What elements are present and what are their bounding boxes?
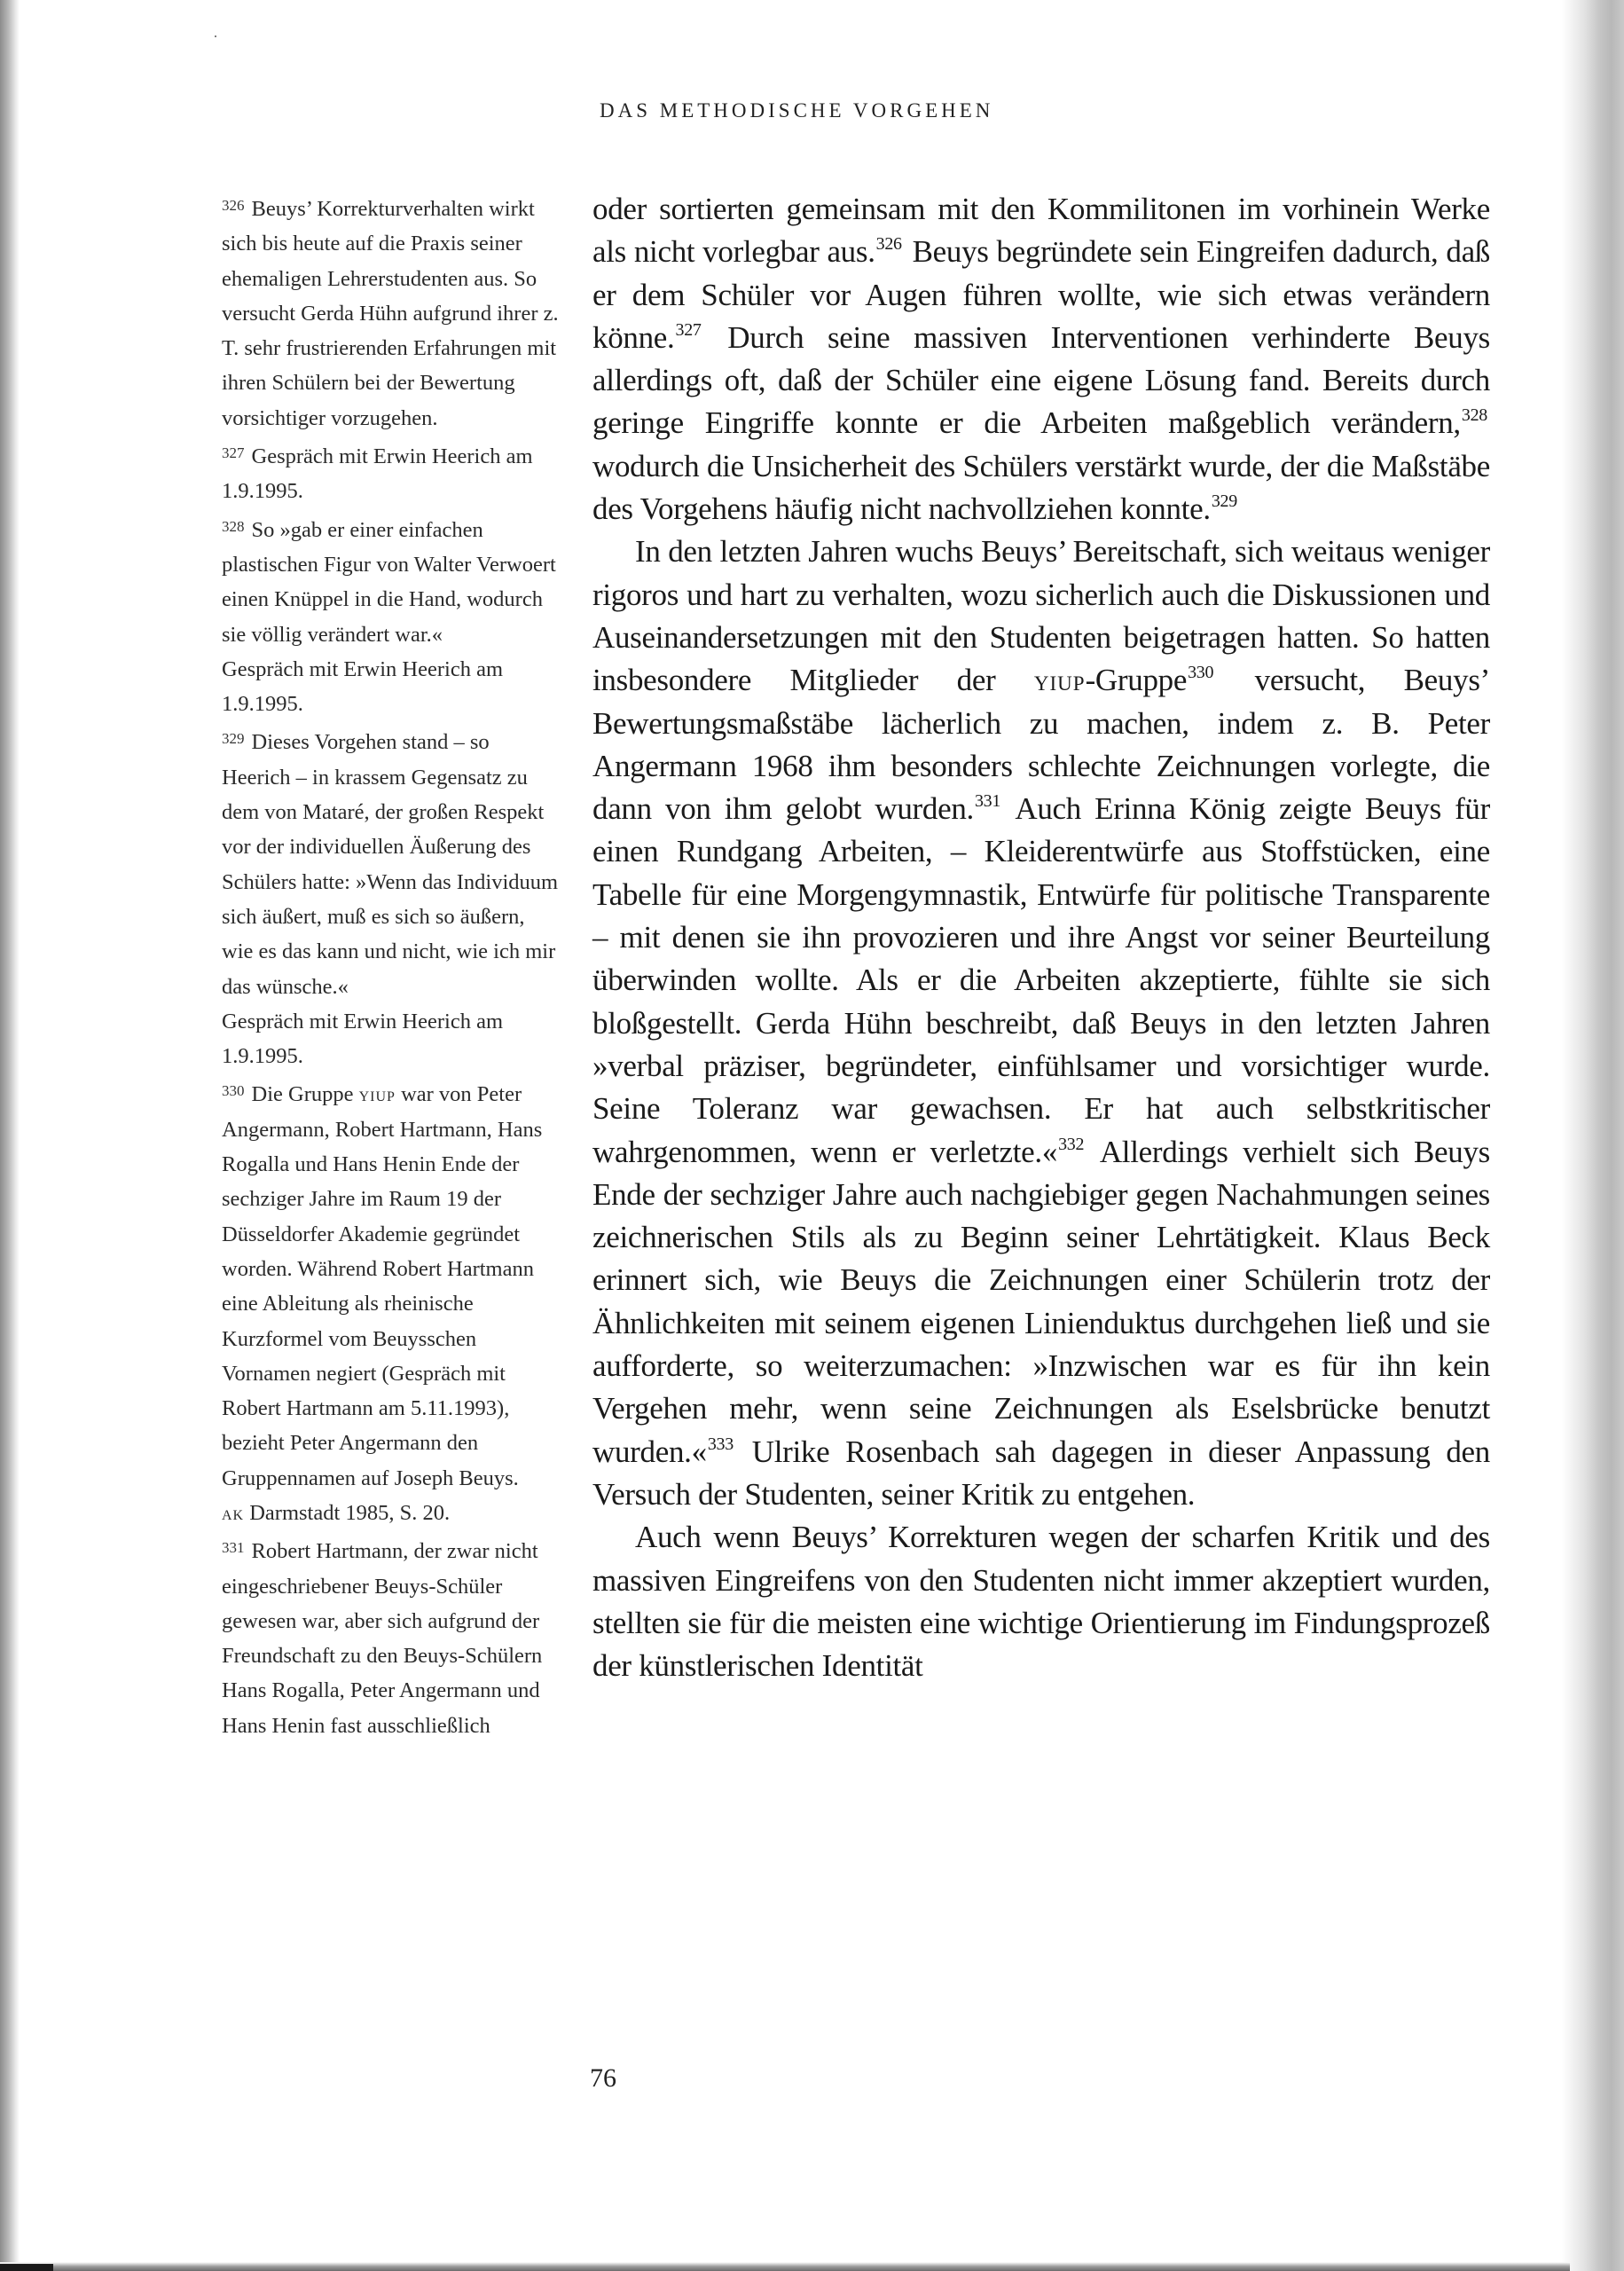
footnote-number: 330 <box>222 1082 245 1099</box>
text-run: Auch Erinna König zeigte Beuys für einen… <box>592 791 1490 1168</box>
footnote-source-text: Darmstadt 1985, S. 20. <box>244 1501 450 1525</box>
footnote-328-source: Gespräch mit Erwin Heerich am 1.9.1995. <box>222 652 559 722</box>
text-run: Auch wenn Beuys’ Korrekturen wegen der s… <box>592 1520 1490 1683</box>
footnote-ref-332[interactable]: 332 <box>1058 1135 1084 1154</box>
footnote-327: 327Gespräch mit Erwin Heerich am 1.9.199… <box>222 436 559 509</box>
footnote-number: 327 <box>222 444 245 461</box>
footnote-331: 331Robert Hartmann, der zwar nicht einge… <box>222 1530 559 1743</box>
page-number: 76 <box>590 2063 616 2094</box>
body-text: oder sortierten gemeinsam mit den Kommil… <box>592 188 1490 1687</box>
group-name-smallcaps: yiup <box>1034 664 1086 696</box>
footnote-text: Die Gruppe <box>252 1082 359 1106</box>
source-abbrev-smallcaps: ak <box>222 1502 244 1524</box>
footnote-328: 328So »gab er einer einfachen plastische… <box>222 509 559 652</box>
footnote-ref-331[interactable]: 331 <box>975 791 1000 811</box>
paragraph-2: In den letzten Jahren wuchs Beuys’ Berei… <box>592 530 1490 1516</box>
footnote-326: 326Beuys’ Korrekturverhalten wirkt sich … <box>222 188 559 436</box>
text-run: wodurch die Unsicherheit des Schülers ve… <box>592 449 1490 526</box>
footnote-ref-327[interactable]: 327 <box>676 320 702 340</box>
footnote-text: So »gab er einer einfachen plastischen F… <box>222 518 556 647</box>
footnote-number: 329 <box>222 730 245 747</box>
footnote-column: 326Beuys’ Korrekturverhalten wirkt sich … <box>222 188 559 1743</box>
footnote-number: 326 <box>222 197 245 214</box>
footnote-329: 329Dieses Vorgehen stand – so Heerich – … <box>222 721 559 1003</box>
footnote-330: 330Die Gruppe yiup war von Peter Angerma… <box>222 1073 559 1496</box>
footnote-text: Beuys’ Korrekturverhalten wirkt sich bis… <box>222 197 559 430</box>
footnote-text: Robert Hartmann, der zwar nicht eingesch… <box>222 1539 542 1737</box>
footnote-number: 331 <box>222 1539 245 1556</box>
footnote-ref-330[interactable]: 330 <box>1188 663 1213 682</box>
running-head: DAS METHODISCHE VORGEHEN <box>600 99 993 122</box>
scan-shadow-left <box>0 0 20 2271</box>
paragraph-1: oder sortierten gemeinsam mit den Kommil… <box>592 188 1490 530</box>
footnote-number: 328 <box>222 518 245 535</box>
text-run: -Gruppe <box>1086 663 1188 697</box>
paragraph-3: Auch wenn Beuys’ Korrekturen wegen der s… <box>592 1516 1490 1687</box>
footnote-ref-326[interactable]: 326 <box>876 234 902 254</box>
scan-shadow-bottom <box>0 2262 1570 2271</box>
footnote-text: war von Peter Angermann, Robert Hartmann… <box>222 1082 542 1489</box>
group-name-smallcaps: yiup <box>359 1083 396 1105</box>
footnote-ref-329[interactable]: 329 <box>1212 491 1237 511</box>
footnote-330-source: ak Darmstadt 1985, S. 20. <box>222 1496 559 1530</box>
scan-speck <box>215 35 216 37</box>
text-run: Durch seine massiven Interventionen verh… <box>592 320 1490 441</box>
footnote-text: Gespräch mit Erwin Heerich am 1.9.1995. <box>222 444 533 503</box>
scan-shadow-right <box>1562 0 1624 2271</box>
text-run: Allerdings verhielt sich Beuys Ende der … <box>592 1135 1490 1469</box>
footnote-ref-333[interactable]: 333 <box>708 1434 734 1454</box>
footnote-329-source: Gespräch mit Erwin Heerich am 1.9.1995. <box>222 1004 559 1074</box>
footnote-ref-328[interactable]: 328 <box>1462 405 1487 425</box>
footnote-text: Dieses Vorgehen stand – so Heerich – in … <box>222 730 558 998</box>
